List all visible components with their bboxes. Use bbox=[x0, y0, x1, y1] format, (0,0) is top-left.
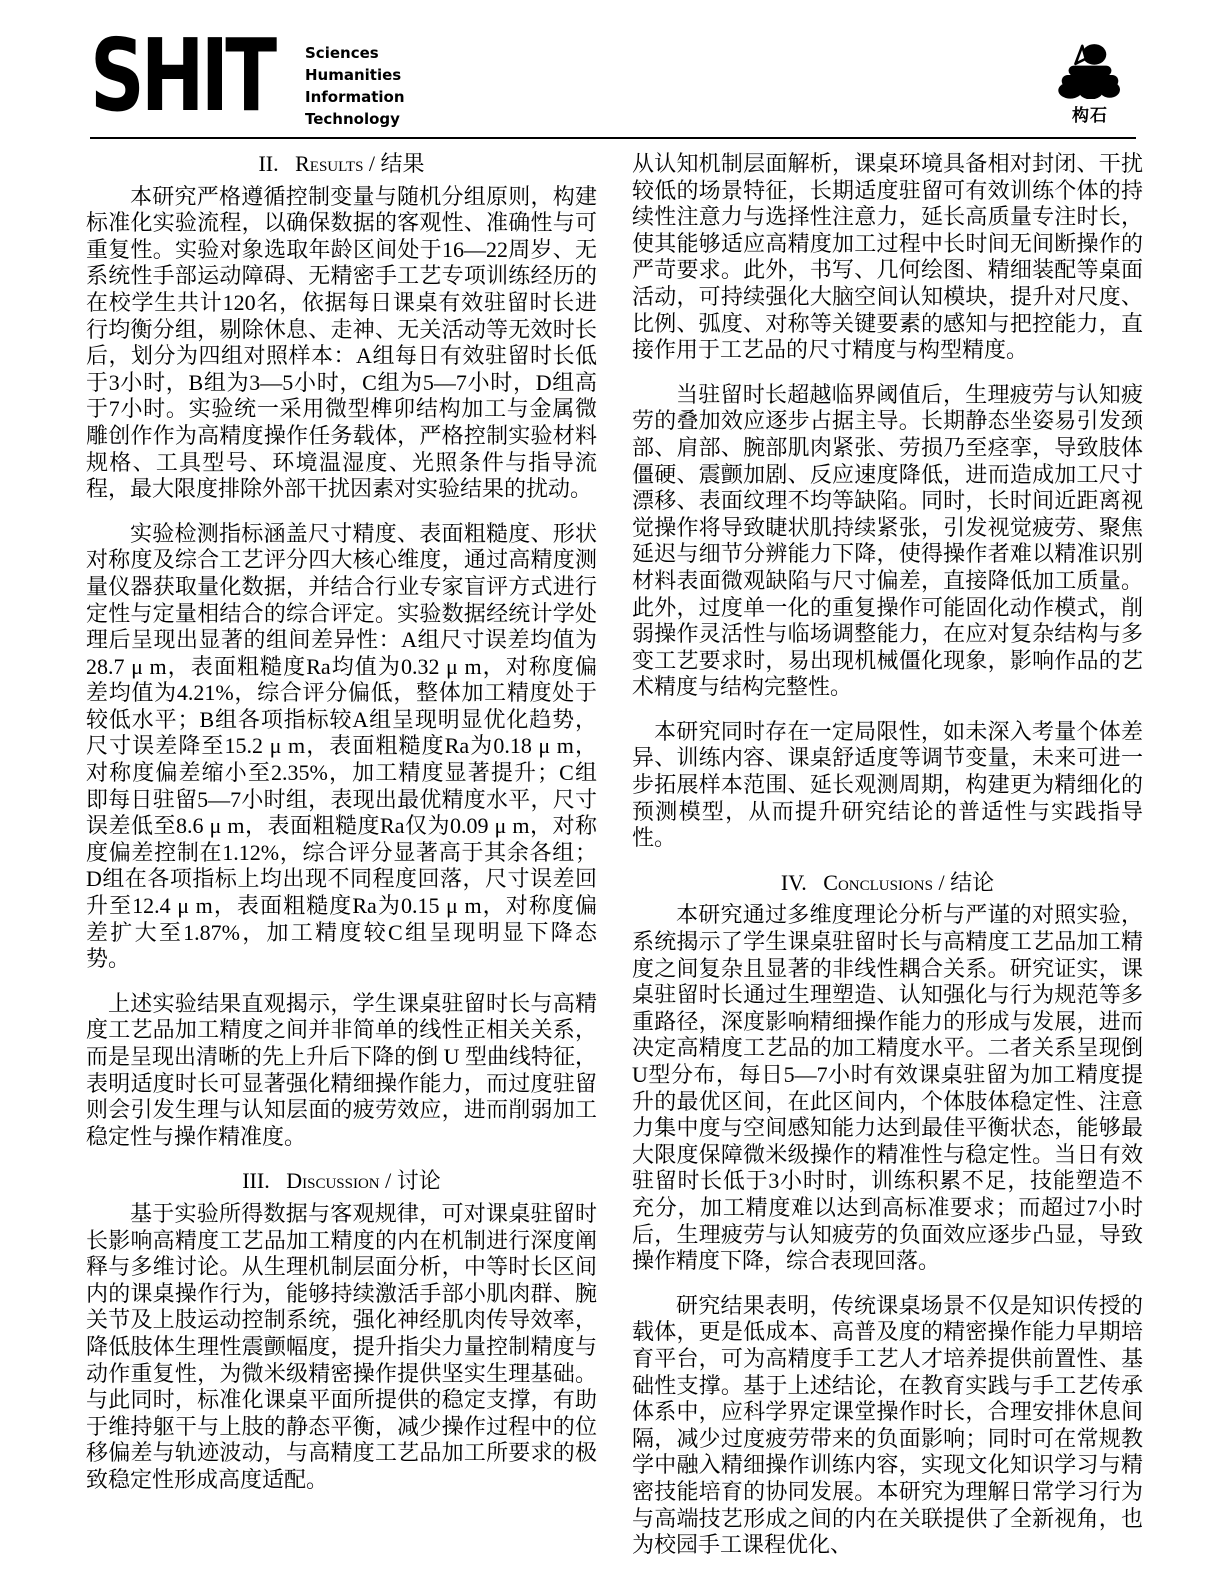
section-heading-conclusions: IV.Conclusions / 结论 bbox=[632, 870, 1143, 897]
journal-logo: SHIT bbox=[90, 38, 253, 114]
brand-mark: 构石 bbox=[1044, 39, 1136, 126]
logo-group: SHIT Sciences Humanities Information Tec… bbox=[90, 38, 405, 130]
right-column: 从认知机制层面解析，课桌环境具备相对封闭、干扰较低的场景特征，长期适度驻留可有效… bbox=[632, 151, 1143, 1577]
tagline-line: Humanities bbox=[305, 64, 405, 86]
paper-page: SHIT Sciences Humanities Information Tec… bbox=[0, 0, 1224, 1584]
header: SHIT Sciences Humanities Information Tec… bbox=[0, 0, 1224, 130]
section-title-en: Conclusions bbox=[823, 870, 933, 895]
section-title-zh: / 结论 bbox=[933, 870, 994, 895]
section-heading-discussion: III.Discussion / 讨论 bbox=[86, 1168, 597, 1195]
paragraph-discussion-3: 当驻留时长超越临界阈值后，生理疲劳与认知疲劳的叠加效应逐步占据主导。长期静态坐姿… bbox=[632, 382, 1143, 701]
section-title-zh: / 结果 bbox=[363, 151, 424, 176]
tagline-line: Technology bbox=[305, 108, 405, 130]
section-number: III. bbox=[242, 1168, 269, 1193]
paragraph-results-3: 上述实验结果直观揭示，学生课桌驻留时长与高精度工艺品加工精度之间并非简单的线性正… bbox=[86, 991, 597, 1151]
rock-stack-icon bbox=[1054, 39, 1126, 99]
paragraph-results-2: 实验检测指标涵盖尺寸精度、表面粗糙度、形状对称度及综合工艺评分四大核心维度，通过… bbox=[86, 521, 597, 973]
section-number: II. bbox=[258, 151, 278, 176]
paragraph-results-1: 本研究严格遵循控制变量与随机分组原则，构建标准化实验流程，以确保数据的客观性、准… bbox=[86, 184, 597, 503]
tagline-line: Information bbox=[305, 86, 405, 108]
article-body: II.Results / 结果 本研究严格遵循控制变量与随机分组原则，构建标准化… bbox=[0, 139, 1224, 1577]
paragraph-discussion-4: 本研究同时存在一定局限性，如未深入考量个体差异、训练内容、课桌舒适度等调节变量，… bbox=[632, 719, 1143, 852]
left-column: II.Results / 结果 本研究严格遵循控制变量与随机分组原则，构建标准化… bbox=[86, 151, 597, 1577]
tagline-line: Sciences bbox=[305, 42, 405, 64]
paragraph-conclusions-2: 研究结果表明，传统课桌场景不仅是知识传授的载体，更是低成本、高普及度的精密操作能… bbox=[632, 1293, 1143, 1559]
paragraph-conclusions-1: 本研究通过多维度理论分析与严谨的对照实验，系统揭示了学生课桌驻留时长与高精度工艺… bbox=[632, 902, 1143, 1274]
paragraph-discussion-1: 基于实验所得数据与客观规律，可对课桌驻留时长影响高精度工艺品加工精度的内在机制进… bbox=[86, 1201, 597, 1494]
section-title-zh: / 讨论 bbox=[380, 1168, 441, 1193]
section-title-en: Discussion bbox=[286, 1168, 379, 1193]
paragraph-discussion-2: 从认知机制层面解析，课桌环境具备相对封闭、干扰较低的场景特征，长期适度驻留可有效… bbox=[632, 151, 1143, 364]
journal-tagline: Sciences Humanities Information Technolo… bbox=[305, 38, 405, 130]
section-heading-results: II.Results / 结果 bbox=[86, 151, 597, 178]
section-title-en: Results bbox=[295, 151, 363, 176]
brand-label: 构石 bbox=[1072, 101, 1108, 126]
section-number: IV. bbox=[781, 870, 807, 895]
